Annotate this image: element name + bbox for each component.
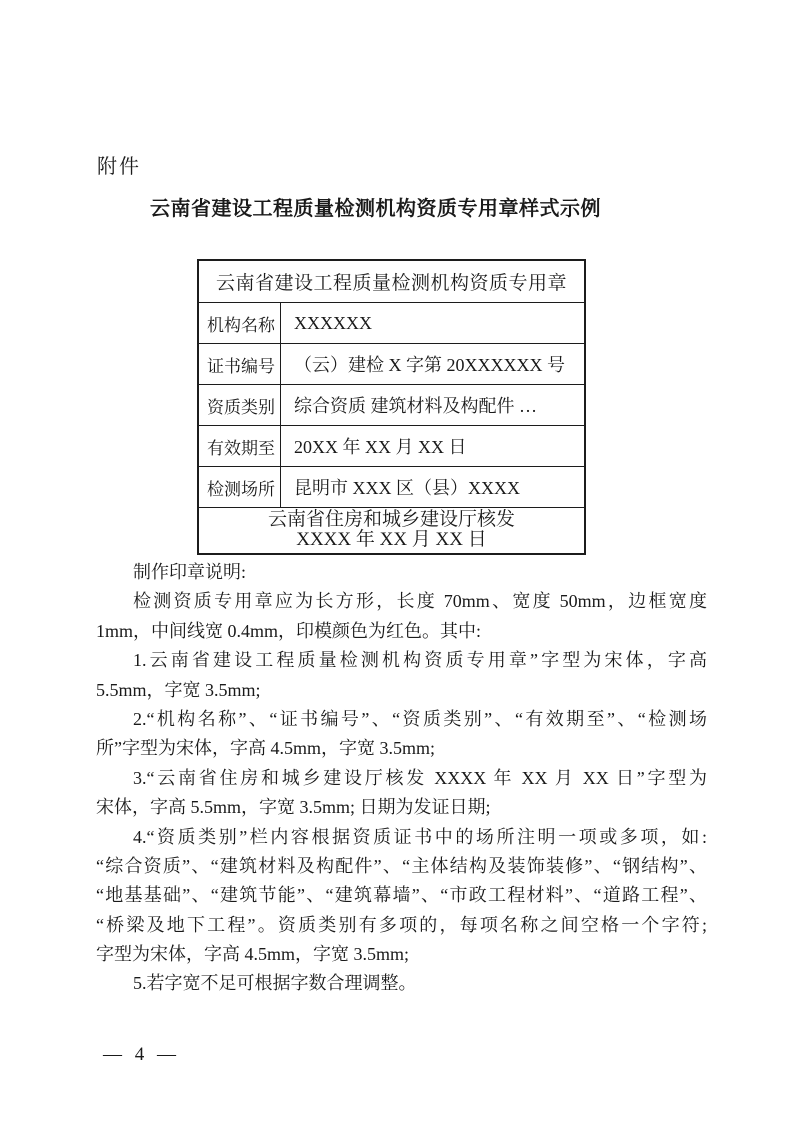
- notes-heading: 制作印章说明:: [96, 558, 707, 587]
- table-row: 有效期至 20XX 年 XX 月 XX 日: [199, 425, 584, 466]
- seal-row-label-valid-until: 有效期至: [199, 426, 281, 466]
- seal-row-label-testing-location: 检测场所: [199, 467, 281, 507]
- attachment-label: 附件: [97, 150, 141, 179]
- seal-row-label-certificate-number: 证书编号: [199, 344, 281, 384]
- notes-line: 3.“云南省住房和城乡建设厅核发 XXXX 年 XX 月 XX 日”字型为: [96, 764, 707, 793]
- notes-line: 1.云南省建设工程质量检测机构资质专用章”字型为宋体，字高: [96, 646, 707, 675]
- notes-line: 所”字型为宋体，字高 4.5mm，字宽 3.5mm;: [96, 734, 707, 763]
- notes-line: 1mm，中间线宽 0.4mm，印模颜色为红色。其中:: [96, 617, 707, 646]
- seal-row-label-qualification-category: 资质类别: [199, 385, 281, 425]
- seal-row-value-qualification-category: 综合资质 建筑材料及构配件 …: [281, 385, 584, 425]
- notes-line: 5.5mm，字宽 3.5mm;: [96, 676, 707, 705]
- seal-making-notes: 制作印章说明: 检测资质专用章应为长方形，长度 70mm、宽度 50mm，边框宽…: [96, 558, 707, 999]
- notes-line: 2.“机构名称”、“证书编号”、“资质类别”、“有效期至”、“检测场: [96, 705, 707, 734]
- notes-line: 4.“资质类别”栏内容根据资质证书中的场所注明一项或多项，如:: [96, 823, 707, 852]
- notes-line: “地基基础”、“建筑节能”、“建筑幕墙”、“市政工程材料”、“道路工程”、: [96, 881, 707, 910]
- notes-line: 字型为宋体，字高 4.5mm，字宽 3.5mm;: [96, 940, 707, 969]
- seal-row-value-valid-until: 20XX 年 XX 月 XX 日: [281, 426, 584, 466]
- page-title: 云南省建设工程质量检测机构资质专用章样式示例: [150, 192, 590, 221]
- seal-footer-issuer: 云南省住房和城乡建设厅核发: [199, 510, 584, 530]
- seal-footer-issue-date: XXXX 年 XX 月 XX 日: [199, 530, 584, 550]
- page-number: — 4 —: [103, 1044, 180, 1066]
- notes-line: “综合资质”、“建筑材料及构配件”、“主体结构及装饰装修”、“钢结构”、: [96, 852, 707, 881]
- seal-row-value-institution-name: XXXXXX: [281, 303, 584, 343]
- seal-sample-table: 云南省建设工程质量检测机构资质专用章 机构名称 XXXXXX 证书编号 （云）建…: [197, 259, 586, 555]
- document-page: 附件 云南省建设工程质量检测机构资质专用章样式示例 云南省建设工程质量检测机构资…: [0, 0, 793, 1122]
- table-row: 证书编号 （云）建检 X 字第 20XXXXXX 号: [199, 343, 584, 384]
- seal-row-value-testing-location: 昆明市 XXX 区（县）XXXX: [281, 467, 584, 507]
- seal-table-footer: 云南省住房和城乡建设厅核发 XXXX 年 XX 月 XX 日: [199, 507, 584, 553]
- notes-line: 宋体，字高 5.5mm，字宽 3.5mm; 日期为发证日期;: [96, 793, 707, 822]
- notes-line: “桥梁及地下工程”。资质类别有多项的，每项名称之间空格一个字符;: [96, 911, 707, 940]
- notes-line: 检测资质专用章应为长方形，长度 70mm、宽度 50mm，边框宽度: [96, 587, 707, 616]
- table-row: 机构名称 XXXXXX: [199, 302, 584, 343]
- table-row: 资质类别 综合资质 建筑材料及构配件 …: [199, 384, 584, 425]
- seal-row-value-certificate-number: （云）建检 X 字第 20XXXXXX 号: [281, 344, 584, 384]
- seal-row-label-institution-name: 机构名称: [199, 303, 281, 343]
- seal-table-header: 云南省建设工程质量检测机构资质专用章: [199, 261, 584, 302]
- table-row: 检测场所 昆明市 XXX 区（县）XXXX: [199, 466, 584, 507]
- notes-line: 5.若字宽不足可根据字数合理调整。: [96, 969, 707, 998]
